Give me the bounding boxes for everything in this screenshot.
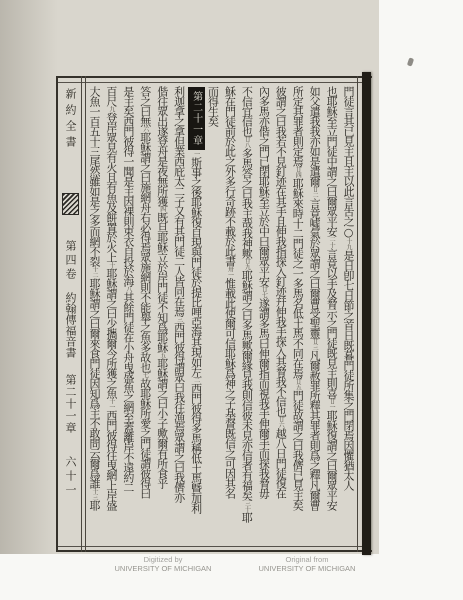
scripture-text: 故耶穌所愛之門徒謂彼得曰 [139,378,152,498]
scripture-text: 耶穌復謂之曰爾眾平安 [325,410,338,510]
text-column: 是主矣西門彼得一聞是主因裸則束衣自投於海八其餘門徒在小舟曳盛魚之網至蓋離岸不遠約… [120,86,137,546]
gutter-shadow [0,0,58,554]
scripture-text: 西門彼得多馬稱低土馬曁加利 [190,383,203,513]
watermark-original-line1: Original from [232,555,382,564]
scripture-text: 耶穌謂之曰小子歟爾有所食乎 [156,358,169,488]
scripture-text: 不信宜信也 [240,86,253,136]
text-column: 如父遣我我亦如是遣爾廿二言竟噓氣於眾謂之曰爾曹受聖靈廿三凡爾赦罪所釋其罪者則爲之… [306,86,323,546]
scripture-text: 遂謂多馬曰伸爾指而視我手伸爾手而探我脅毋 [257,298,270,498]
scripture-text: 耶穌謂之曰爾來食門徒因知爲主不敢問云爾爲誰 [88,278,101,488]
chapter-heading-block: 第二十一章 [188,87,205,150]
text-column: 彼謂之曰我若不見釘迹在其手且伸我指探入釘迹幷伸我手探入其脅我不信也廿六越八日門徒… [272,86,289,546]
text-column: 第二十一章一斯事之後耶穌復自現與門徒於提比哩亞海其現如左二西門彼得多馬稱低土馬曁… [188,86,205,546]
text-column: 偕往眾出遂登舟是夜無所獲四既旦耶穌立於岸門徒不知爲耶穌五耶穌謂之曰小子歟爾有所食… [154,86,171,546]
scripture-text: 門徒言其已見主且主以此言吿之○ [342,86,355,238]
scripture-text: 言竟以手及脅示之門徒既見主則喜 [325,248,338,398]
scripture-text: 其餘門徒在小舟曳盛魚之網至蓋離岸不遠約二 [122,292,135,492]
verse-number: 十一 [108,398,115,410]
scripture-text: 大魚一百五十三尾然雖如是之多而網不裂 [88,86,101,266]
watermark-original-line2: UNIVERSITY OF MICHIGAN [232,564,382,573]
scripture-text: 惟載此使爾可信耶穌爲神之子基督既信之可因其名 [223,278,236,498]
text-column: 大魚一百五十三尾然雖如是之多而網不裂十二耶穌謂之曰爾來食門徒因知爲主不敢問云爾爲… [86,86,103,546]
verse-number: 廿二 [311,186,318,198]
scripture-text: 如父遣我我亦如是遣爾 [308,86,321,186]
scripture-text: 耶穌來時十二門徒之一多馬名低土馬不同在焉 [291,178,304,378]
scripture-text: 穌在門徒前於此之外多行奇跡不載於此書 [223,86,236,266]
text-column: 內多馬亦偕之門已閉耶穌至立於中曰爾眾平安廿七遂謂多馬曰伸爾指而視我手伸爾手而探我… [255,86,272,546]
volume-label: 第四卷 [58,240,82,282]
verse-number: 廿三 [311,338,318,350]
scripture-text: 百尺 [105,86,118,106]
verse-number: 廿四 [294,166,301,178]
verse-number: 卅一 [226,266,233,278]
verse-number: 廿七 [260,286,267,298]
main-text: 門徒言其已見主且主以此言吿之○十九是日卽七日節之首日既暮門徒所集之門閉焉因懼猶太… [86,86,357,546]
verse-number: 廿六 [277,416,284,428]
frame-bottom-outer-rule [57,550,372,552]
text-column: 所定其罪者則定焉廿四耶穌來時十二門徒之一多馬名低土馬不同在焉廿五門徒故謂之曰我儕… [289,86,306,546]
verse-number: 十二 [91,266,98,278]
watermark-digitized: Digitized by UNIVERSITY OF MICHIGAN [88,555,238,573]
scripture-text: 耶 [88,500,101,510]
scripture-text: 偕往眾出遂登舟是夜無所獲 [156,86,169,206]
frame-top-outer-rule [57,76,372,78]
scripture-text: 門徒故謂之曰我儕已見主矣 [291,390,304,510]
gospel-title: 約翰傳福音書 [58,292,82,358]
verse-number: 三十 [243,500,250,512]
scanned-book-page: 新約全書 第四卷 約翰傳福音書 第二十一章 六十一 門徒言其已見主且主以此言吿之… [0,0,463,600]
text-column: 穌在門徒前於此之外多行奇跡不載於此書卅一惟載此使爾可信耶穌爲神之子基督既信之可因… [222,86,239,546]
scripture-text: 是日卽七日節之首日既暮門徒所集之門閉焉因懼猶太人 [342,250,355,490]
frame-bottom-inner-rule [57,546,362,547]
scripture-text: 耶穌謂之曰多馬歟爾緣見我則信彼未見亦信者有福矣 [240,270,253,500]
fishtail-ornament-icon [62,193,79,215]
scripture-text: 越八日門徒復在 [274,428,287,498]
frame-right-inner-rule [357,76,358,552]
page-edge-black-bar [362,72,371,555]
scripture-text: 而得生矣 [207,86,220,126]
frame-top-inner-rule [57,82,362,83]
scripture-text: 答之曰無 [139,86,152,126]
text-column: 而得生矣 [205,86,222,546]
verse-number: 廿一 [328,398,335,410]
scripture-text: 既旦耶穌立於岸門徒不知爲耶穌 [156,212,169,352]
scripture-text: 斯事之後耶穌復自現與門徒於提比哩亞海其現如左 [190,157,203,377]
scripture-text: 耶 [240,512,253,522]
text-column: 不信宜信也廿八多馬答之曰我主哉我神歟廿九耶穌謂之曰多馬歟爾緣見我則信彼未見亦信者… [238,86,255,546]
book-title: 新約全書 [58,88,82,152]
verse-number: 廿五 [294,378,301,390]
text-column: 利迦拿之拿但業西庇太二子又有其門徒二人皆同在焉三西門彼得謂眾曰我往漁焉眾謂之曰我… [171,86,188,546]
scripture-text: 多馬答之曰我主哉我神歟 [240,148,253,258]
scripture-text: 內多馬亦偕之門已閉耶穌至立於中曰爾眾平安 [257,86,270,286]
text-column: 也耶穌至立門徒中謂之曰爾眾平安二十言竟以手及脅示之門徒既見主則喜廿一耶穌復謂之曰… [323,86,340,546]
verse-number: 十九 [345,238,352,250]
scripture-text: 西門彼得往曳網上岸盛 [105,410,118,510]
verse-number: 十三 [91,488,98,500]
scripture-text: 凡爾赦罪所釋其罪者則爲之釋凡爾曹 [308,350,321,510]
text-column: 門徒言其已見主且主以此言吿之○十九是日卽七日節之首日既暮門徒所集之門閉焉因懼猶太… [340,86,357,546]
text-column: 答之曰無六耶穌謂之曰施網舟右必得焉眾施網則不能舉之魚多故也七故耶穌所愛之門徒謂彼… [137,86,154,546]
chapter-label: 第二十一章 [58,374,82,434]
scripture-text: 彼謂之曰我若不見釘迹在其手且伸我指探入釘迹幷伸我手探入其脅我不信也 [274,86,287,416]
scripture-text: 西門彼得謂眾曰我往漁焉眾謂之曰我儕亦 [173,322,186,502]
scripture-text: 利迦拿之拿但業西庇太二子又有其門徒二人皆同在焉 [173,86,186,316]
scripture-text: 也耶穌至立門徒中謂之曰爾眾平安 [325,86,338,236]
paper: 新約全書 第四卷 約翰傳福音書 第二十一章 六十一 門徒言其已見主且主以此言吿之… [0,0,379,554]
scripture-text: 耶穌謂之曰少攜爾今所獲之魚 [105,268,118,398]
verse-number: 廿八 [243,136,250,148]
scripture-text: 所定其罪者則定焉 [291,86,304,166]
watermark-original: Original from UNIVERSITY OF MICHIGAN [232,555,382,573]
scripture-text: 是主矣西門彼得一聞是主因裸則束衣自投於海 [122,86,135,286]
scripture-text: 言竟噓氣於眾謂之曰爾曹受聖靈 [308,198,321,338]
verse-number: 廿九 [243,258,250,270]
verse-number: 二十 [328,236,335,248]
scripture-text: 登岸眾見有火且有魚及餅置於火上 [105,112,118,262]
text-column: 百尺九登岸眾見有火且有魚及餅置於火上十耶穌謂之曰少攜爾今所獲之魚十一西門彼得往曳… [103,86,120,546]
ink-speck [407,57,414,66]
watermark-digitized-line1: Digitized by [88,555,238,564]
page-number: 六十一 [58,456,82,498]
watermark-digitized-line2: UNIVERSITY OF MICHIGAN [88,564,238,573]
scripture-text: 耶穌謂之曰施網舟右必得焉眾施網則不能舉之魚多故也 [139,132,152,372]
